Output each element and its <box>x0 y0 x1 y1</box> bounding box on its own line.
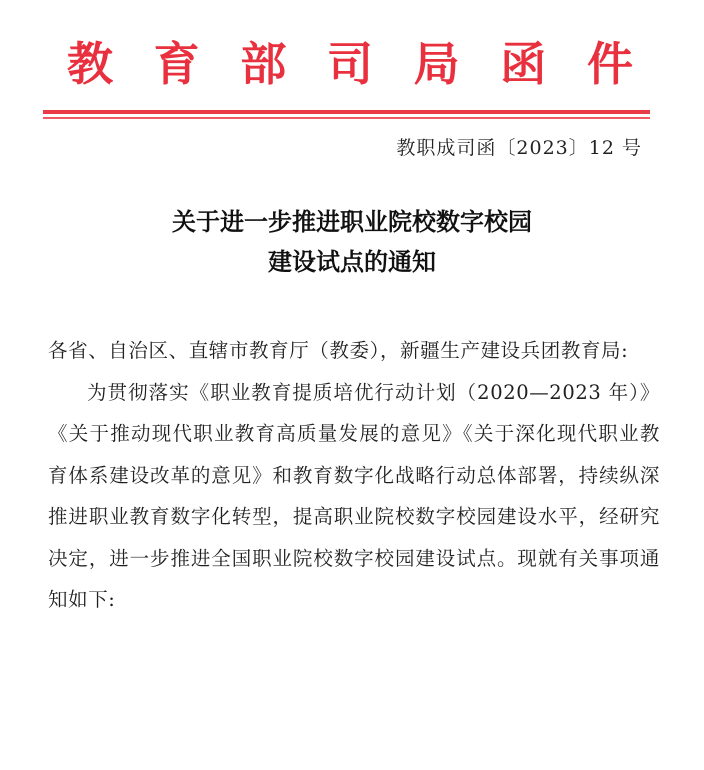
letterhead-char: 教 <box>60 32 120 96</box>
letterhead-char: 函 <box>493 32 553 96</box>
letterhead-char: 司 <box>320 32 380 96</box>
letterhead-char: 部 <box>233 32 293 96</box>
letterhead-divider-thin <box>43 117 650 119</box>
document-body: 各省、自治区、直辖市教育厅（教委），新疆生产建设兵团教育局: 为贯彻落实《职业教… <box>48 330 660 621</box>
letterhead-divider-thick <box>43 110 650 114</box>
document-title-line-1: 关于进一步推进职业院校数字校园 <box>0 202 704 242</box>
body-paragraph: 为贯彻落实《职业教育提质培优行动计划（2020—2023 年）》《关于推动现代职… <box>48 372 660 621</box>
document-title-line-2: 建设试点的通知 <box>0 242 704 282</box>
salutation: 各省、自治区、直辖市教育厅（教委），新疆生产建设兵团教育局: <box>48 330 660 372</box>
letterhead-char: 育 <box>147 32 207 96</box>
letterhead-char: 件 <box>580 32 640 96</box>
letterhead-char: 局 <box>407 32 467 96</box>
document-title: 关于进一步推进职业院校数字校园 建设试点的通知 <box>0 202 704 282</box>
document-number: 教职成司函〔2023〕12 号 <box>396 134 642 162</box>
letterhead-title: 教 育 部 司 局 函 件 <box>60 32 640 96</box>
